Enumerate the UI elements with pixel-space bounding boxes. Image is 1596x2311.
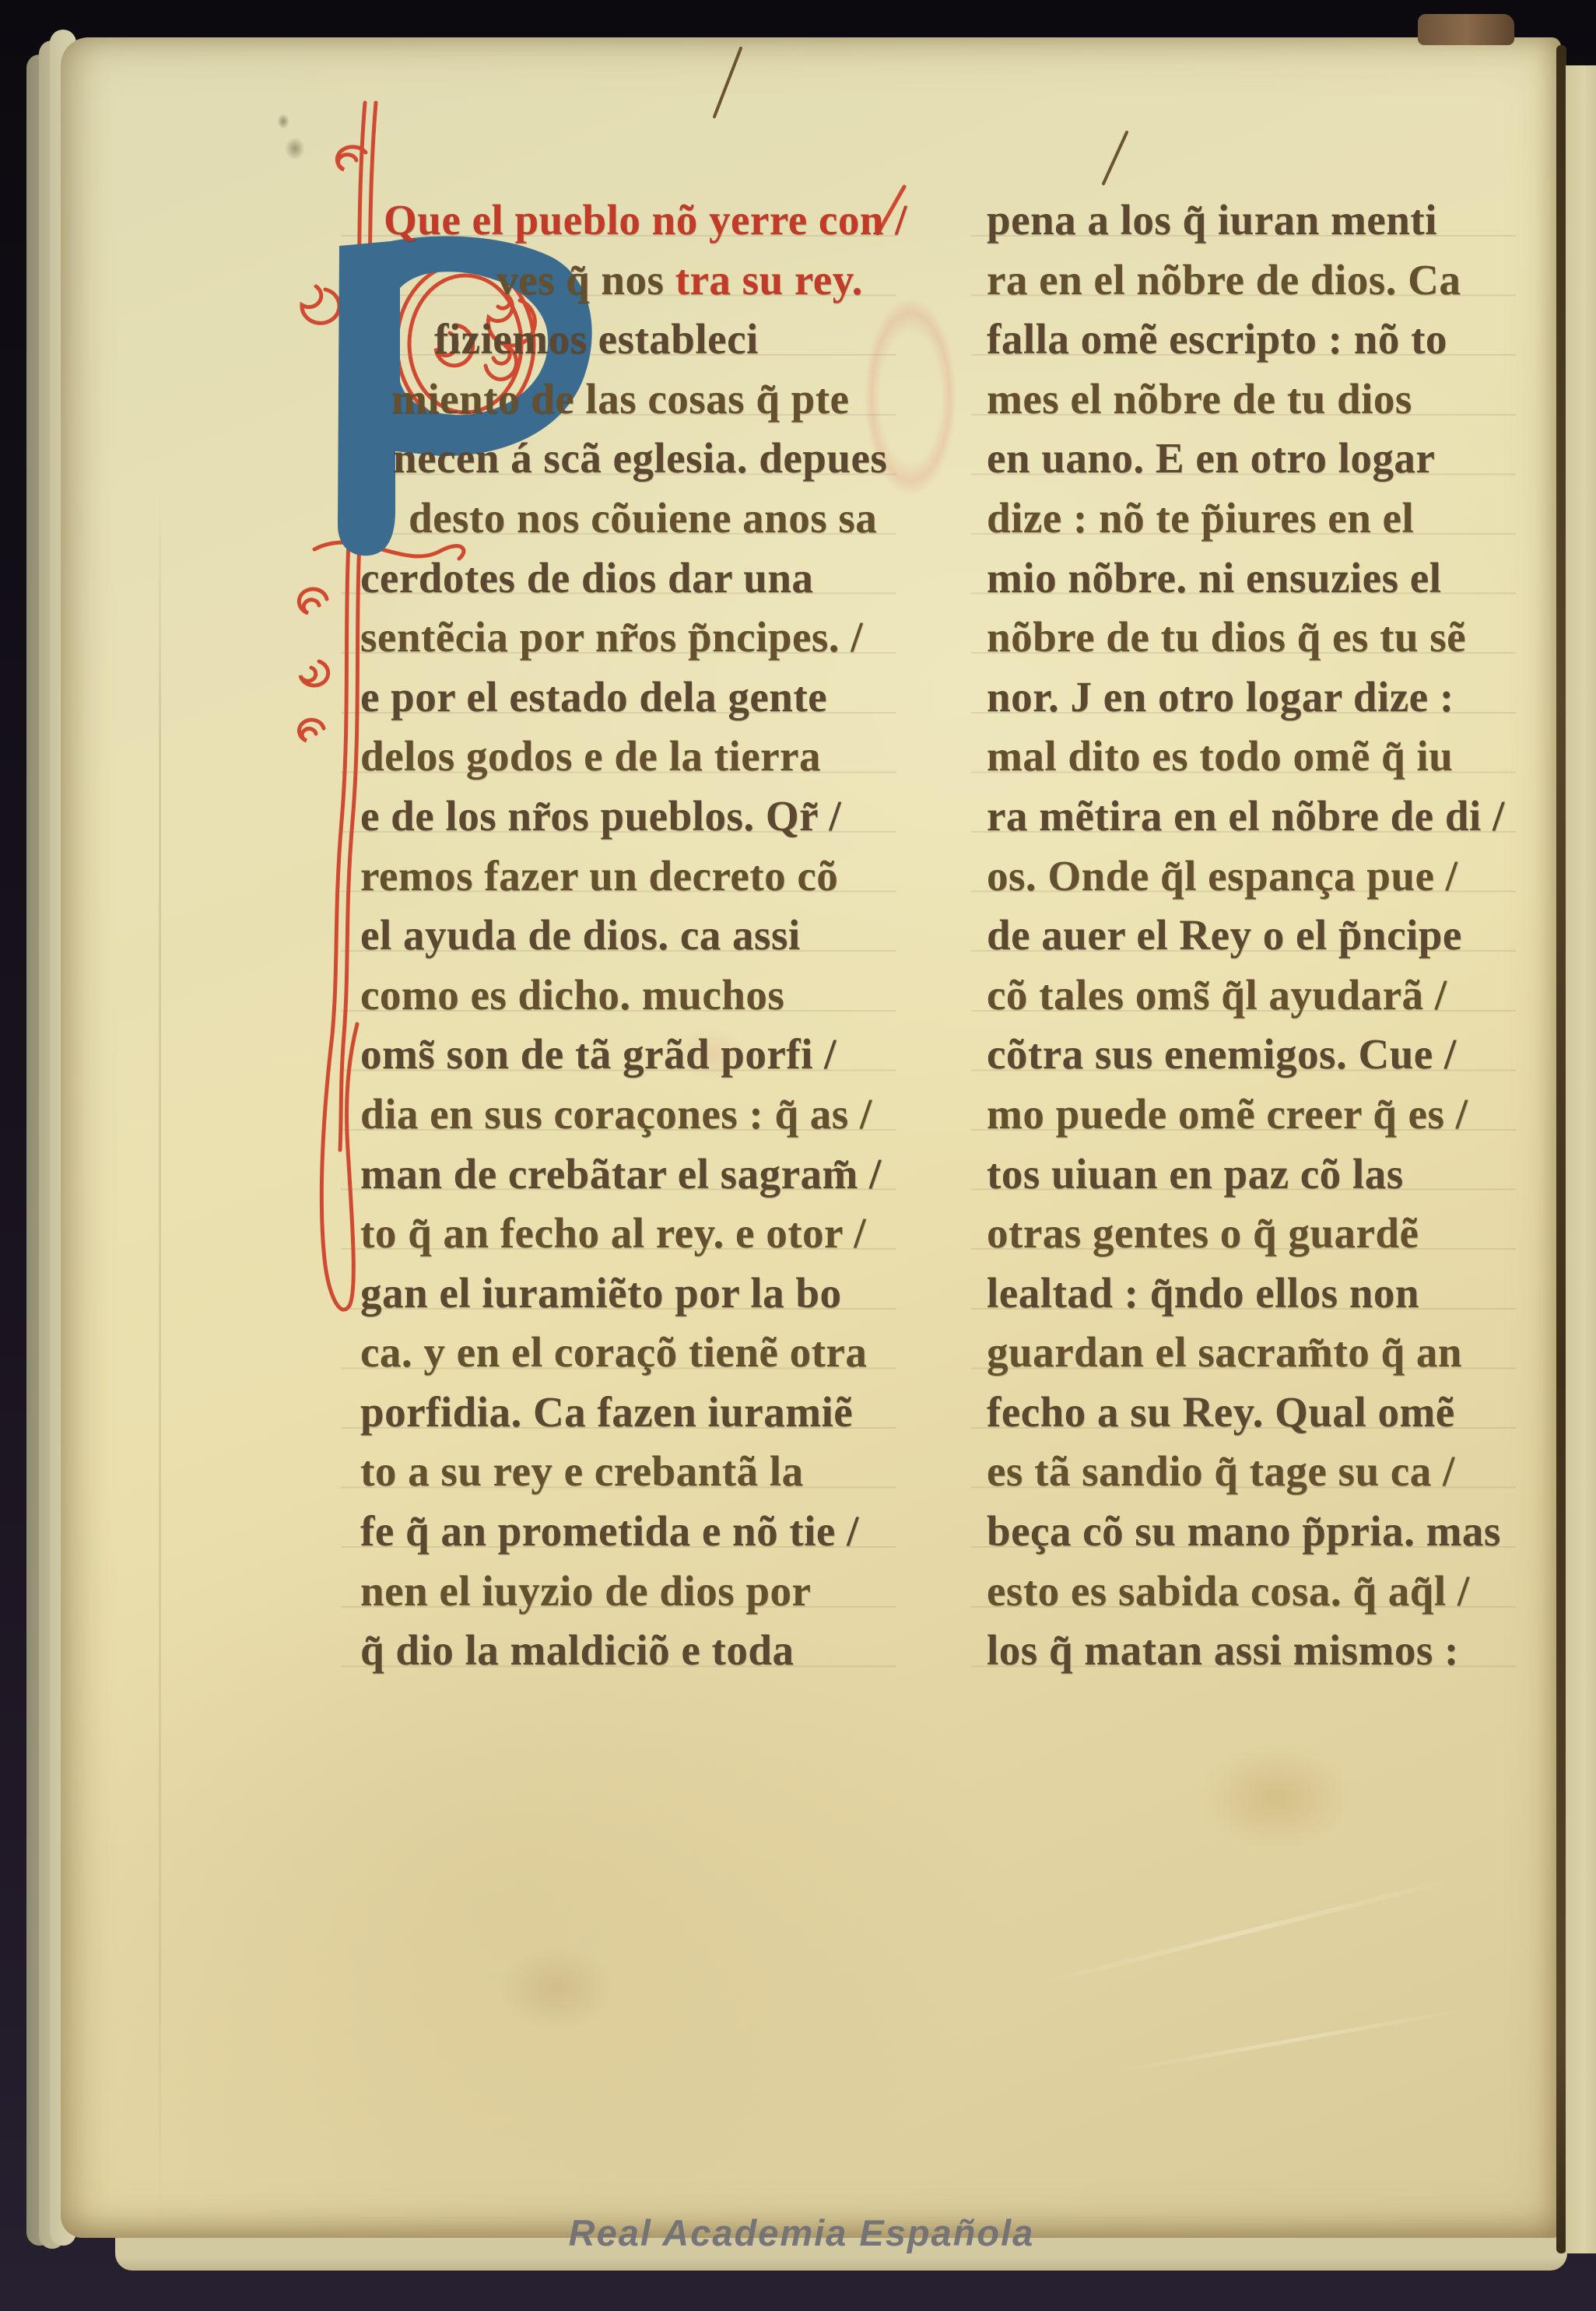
left-text-column: Que el pueblo nõ yerre con /ves q̃ nos t… [360,191,907,1681]
ink-text: mes el nõbre de tu dios [987,375,1412,423]
text-line: nen el iuyzio de dios por [360,1562,907,1622]
parchment-stain [1198,1743,1354,1852]
ink-text: cõtra sus enemigos. Cue / [987,1030,1457,1078]
ink-text: ra en el nõbre de dios. Ca [987,256,1461,303]
text-line: mo puede omẽ creer q̃ es / [987,1085,1505,1145]
text-line: ca. y en el coraçõ tienẽ otra [360,1323,907,1383]
text-line: pena a los q̃ iuran menti [987,191,1505,251]
manuscript-photograph: P Que el pueblo nõ yerre con /ves q̃ nos… [0,0,1596,2311]
text-line: falla omẽ escripto : nõ to [987,310,1505,370]
text-line: ves q̃ nos tra su rey. [360,251,907,310]
ink-spot [285,137,305,160]
ink-text: ra mẽtira en el nõbre de di / [987,792,1505,840]
ink-text: sentẽcia por nr̃os p̃ncipes. / [360,613,863,661]
text-line: necen á scã eglesia. depues [360,429,907,489]
text-line: cõ tales oms̃ q̃l ayudarã / [987,966,1505,1026]
text-line: Que el pueblo nõ yerre con / [360,191,907,251]
text-line: fecho a su Rey. Qual omẽ [987,1383,1505,1443]
ink-text: falla omẽ escripto : nõ to [987,315,1447,363]
ink-text: de auer el Rey o el p̃ncipe [987,911,1462,959]
text-line: el ayuda de dios. ca assi [360,906,907,966]
text-line: delos godos e de la tierra [360,727,907,787]
ink-text: dia en sus coraçones : q̃ as / [360,1090,872,1138]
parchment-crease [159,482,161,2225]
ink-text: nõbre de tu dios q̃ es tu sẽ [987,613,1466,661]
ink-text: gan el iuramiẽto por la bo [360,1269,842,1317]
text-line: otras gentes o q̃ guardẽ [987,1204,1505,1264]
ink-text: otras gentes o q̃ guardẽ [987,1209,1419,1257]
text-line: cerdotes de dios dar una [360,549,907,608]
text-line: to q̃ an fecho al rey. e otor / [360,1204,907,1264]
ink-text: como es dicho. muchos [360,971,784,1019]
ink-text: delos godos e de la tierra [360,732,821,780]
ink-text: to a su rey e crebantã la [360,1447,804,1495]
rubric-text: Que el pueblo nõ yerre con / [384,196,907,244]
ink-text: mio nõbre. ni ensuzies el [987,554,1441,601]
text-line: beça cõ su mano p̃pria. mas [987,1502,1505,1562]
text-line: mal dito es todo omẽ q̃ iu [987,727,1505,787]
ink-text: e de los nr̃os pueblos. Qr̃ / [360,792,841,840]
text-line: ra en el nõbre de dios. Ca [987,251,1505,310]
text-line: dia en sus coraçones : q̃ as / [360,1085,907,1145]
text-line: dize : nõ te p̃iures en el [987,489,1505,549]
text-line: desto nos cõuiene anos sa [360,489,907,549]
text-line: to a su rey e crebantã la [360,1442,907,1502]
ink-text: beça cõ su mano p̃pria. mas [987,1507,1501,1555]
text-line: lealtad : q̃ndo ellos non [987,1264,1505,1324]
text-line: miento de las cosas q̃ pte [360,370,907,430]
ink-text: es tã sandio q̃ tage su ca / [987,1447,1455,1495]
text-line: porfidia. Ca fazen iuramiẽ [360,1383,907,1443]
text-line: q̃ dio la maldiciõ e toda [360,1621,907,1681]
text-line: cõtra sus enemigos. Cue / [987,1025,1505,1085]
text-line: remos fazer un decreto cõ [360,847,907,907]
ink-text: q̃ dio la maldiciõ e toda [360,1626,794,1674]
text-line: e por el estado dela gente [360,668,907,728]
text-line: en uano. E en otro logar [987,429,1505,489]
ink-text: e por el estado dela gente [360,673,827,721]
ink-text: mal dito es todo omẽ q̃ iu [987,732,1453,780]
text-line: esto es sabida cosa. q̃ aq̃l / [987,1562,1505,1622]
text-line: gan el iuramiẽto por la bo [360,1264,907,1324]
text-line: nõbre de tu dios q̃ es tu sẽ [987,608,1505,668]
ink-text: lealtad : q̃ndo ellos non [987,1269,1419,1317]
ink-text: en uano. E en otro logar [987,434,1435,482]
ink-text: los q̃ matan assi mismos : [987,1626,1459,1674]
text-line: mes el nõbre de tu dios [987,370,1505,430]
ink-text: dize : nõ te p̃iures en el [987,494,1414,542]
ink-text: esto es sabida cosa. q̃ aq̃l / [987,1567,1470,1615]
ink-text: os. Onde q̃l espança pue / [987,852,1457,900]
ink-text: fecho a su Rey. Qual omẽ [987,1388,1455,1436]
text-line: oms̃ son de tã grãd porfi / [360,1025,907,1085]
text-line: es tã sandio q̃ tage su ca / [987,1442,1505,1502]
ink-text: miento de las cosas q̃ pte [391,375,849,423]
ink-text: man de crebãtar el sagram̃ / [360,1150,882,1198]
ink-spot [277,114,289,129]
text-line: fiziemos estableci [360,310,907,370]
right-text-column: pena a los q̃ iuran mentira en el nõbre … [987,191,1505,1681]
text-line: nor. J en otro logar dize : [987,668,1505,728]
ink-text: mo puede omẽ creer q̃ es / [987,1090,1468,1138]
text-line: guardan el sacram̃to q̃ an [987,1323,1505,1383]
ink-text: tos uiuan en paz cõ las [987,1150,1404,1198]
text-line: e de los nr̃os pueblos. Qr̃ / [360,787,907,847]
rubric-text: tra su rey. [675,256,863,303]
ink-text: nen el iuyzio de dios por [360,1567,811,1615]
ink-text: to q̃ an fecho al rey. e otor / [360,1209,866,1257]
ink-text: cerdotes de dios dar una [360,554,813,601]
ink-text: pena a los q̃ iuran menti [987,196,1437,244]
text-line: sentẽcia por nr̃os p̃ncipes. / [360,608,907,668]
text-line: os. Onde q̃l espança pue / [987,847,1505,907]
text-line: de auer el Rey o el p̃ncipe [987,906,1505,966]
ink-text: fiziemos estableci [434,315,759,363]
text-line: mio nõbre. ni ensuzies el [987,549,1505,608]
text-line: ra mẽtira en el nõbre de di / [987,787,1505,847]
ink-text: porfidia. Ca fazen iuramiẽ [360,1388,853,1436]
ink-text: guardan el sacram̃to q̃ an [987,1328,1462,1376]
ink-text: necen á scã eglesia. depues [393,434,887,482]
ink-text: el ayuda de dios. ca assi [360,911,801,959]
text-line: los q̃ matan assi mismos : [987,1621,1505,1681]
text-line: fe q̃ an prometida e nõ tie / [360,1502,907,1562]
fore-edge-pages [1566,65,1596,2253]
ink-text: ca. y en el coraçõ tienẽ otra [360,1328,867,1376]
text-line: tos uiuan en paz cõ las [987,1145,1505,1205]
text-line: como es dicho. muchos [360,966,907,1026]
ink-text: desto nos cõuiene anos sa [409,494,877,542]
ink-text: ves q̃ nos [496,256,675,303]
parchment-stain [498,1945,615,2031]
binding-headband [1418,14,1514,45]
ink-text: nor. J en otro logar dize : [987,673,1454,721]
ink-text: cõ tales oms̃ q̃l ayudarã / [987,971,1447,1019]
watermark: Real Academia Española [420,2211,1183,2254]
text-line: man de crebãtar el sagram̃ / [360,1145,907,1205]
ink-text: remos fazer un decreto cõ [360,852,838,900]
ink-text: oms̃ son de tã grãd porfi / [360,1030,837,1078]
ink-text: fe q̃ an prometida e nõ tie / [360,1507,859,1555]
